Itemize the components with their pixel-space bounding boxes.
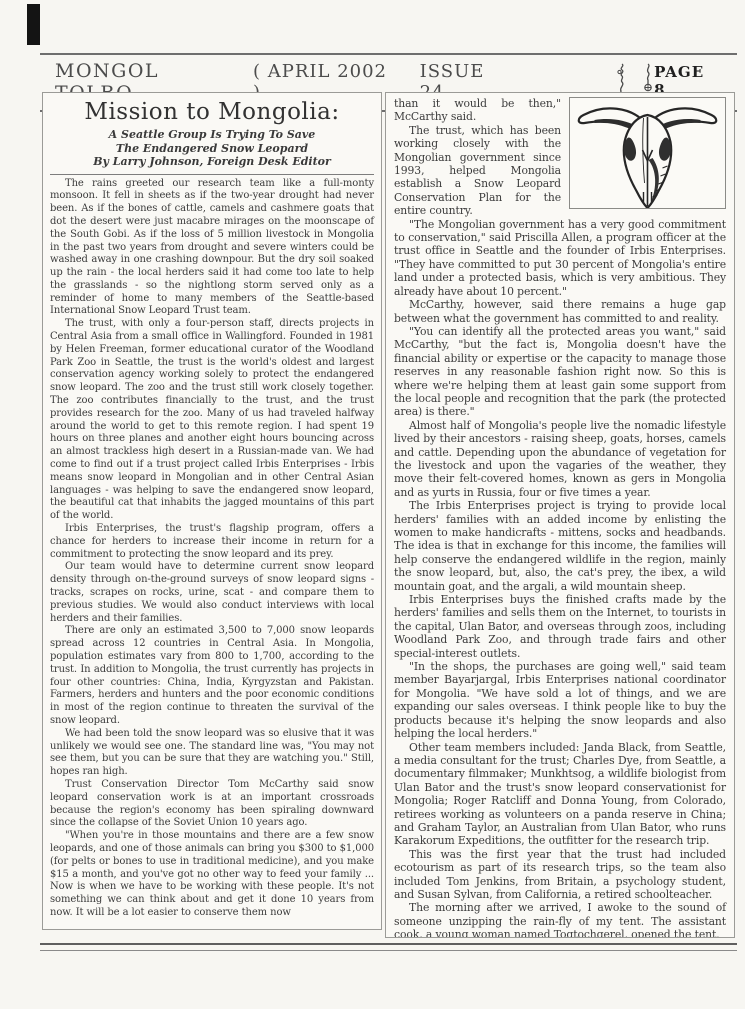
footer-rule-bottom (40, 950, 737, 951)
right-column: than it would be then," McCarthy said. T… (385, 92, 735, 938)
footer-rule-top (40, 943, 737, 945)
body-paragraph: Our team would have to determine current… (50, 561, 374, 625)
body-paragraph: Irbis Enterprises, the trust's flagship … (50, 523, 374, 561)
article-title: Mission to Mongolia: (50, 100, 374, 125)
body-paragraph: "When you're in those mountains and ther… (50, 830, 374, 920)
body-paragraph: Trust Conservation Director Tom McCarthy… (50, 779, 374, 830)
ibex-skull-illustration (569, 97, 726, 209)
article-byline: By Larry Johnson, Foreign Desk Editor (50, 155, 374, 168)
left-column: Mission to Mongolia: A Seattle Group Is … (42, 92, 382, 930)
article-subtitle-1: A Seattle Group Is Trying To Save (50, 128, 374, 141)
body-paragraph: There are only an estimated 3,500 to 7,0… (50, 625, 374, 727)
body-paragraph: The rains greeted our research team like… (50, 178, 374, 319)
title-divider (50, 174, 374, 175)
body-paragraph: The Irbis Enterprises project is trying … (394, 499, 726, 593)
article-subtitle-2: The Endangered Snow Leopard (50, 142, 374, 155)
scan-artifact (27, 4, 40, 45)
body-paragraph: "The Mongolian government has a very goo… (394, 218, 726, 298)
body-paragraph: The morning after we arrived, I awoke to… (394, 901, 726, 938)
body-paragraph: "You can identify all the protected area… (394, 325, 726, 419)
body-paragraph: We had been told the snow leopard was so… (50, 728, 374, 779)
body-paragraph: Other team members included: Janda Black… (394, 741, 726, 848)
body-paragraph: McCarthy, however, said there remains a … (394, 298, 726, 325)
article-title-block: Mission to Mongolia: A Seattle Group Is … (50, 96, 374, 175)
ibex-skull-drawing (570, 98, 725, 208)
body-paragraph: The trust, with only a four-person staff… (50, 318, 374, 523)
body-paragraph: "In the shops, the purchases are going w… (394, 660, 726, 740)
body-paragraph: Almost half of Mongolia's people live th… (394, 419, 726, 499)
body-paragraph: Irbis Enterprises buys the finished craf… (394, 593, 726, 660)
body-paragraph: This was the first year that the trust h… (394, 848, 726, 902)
article-body: Mission to Mongolia: A Seattle Group Is … (42, 92, 735, 938)
